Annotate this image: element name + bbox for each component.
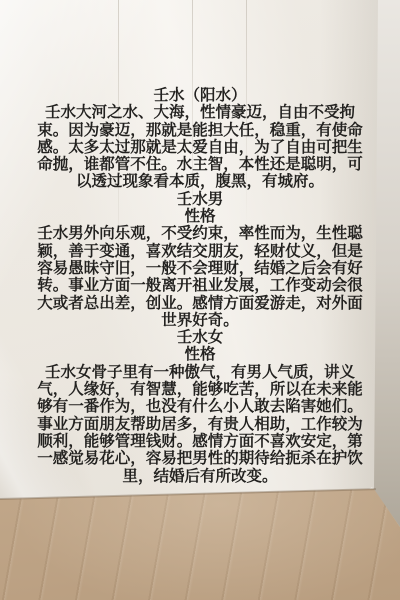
intro-paragraph: 壬水大河之水、大海，性情豪迈，自由不受拘束。因为豪迈，那就是能担大任，稳重，有使…	[31, 104, 369, 190]
room-photo-background: 壬水（阳水） 壬水大河之水、大海，性情豪迈，自由不受拘束。因为豪迈，那就是能担大…	[0, 0, 400, 600]
female-section-subheading: 性格	[31, 346, 369, 363]
male-paragraph: 壬水男外向乐观，不受约束，率性而为，生性聪颖，善于变通，喜欢结交朋友，轻财仗义，…	[31, 225, 369, 329]
article: 壬水（阳水） 壬水大河之水、大海，性情豪迈，自由不受拘束。因为豪迈，那就是能担大…	[0, 87, 400, 485]
male-section-heading: 壬水男	[31, 191, 369, 208]
article-title: 壬水（阳水）	[31, 87, 369, 104]
male-section-subheading: 性格	[31, 208, 369, 225]
female-paragraph: 壬水女骨子里有一种傲气，有男人气质，讲义气，人缘好，有智慧，能够吃苦，所以在未来…	[31, 364, 369, 485]
female-section-heading: 壬水女	[31, 329, 369, 346]
